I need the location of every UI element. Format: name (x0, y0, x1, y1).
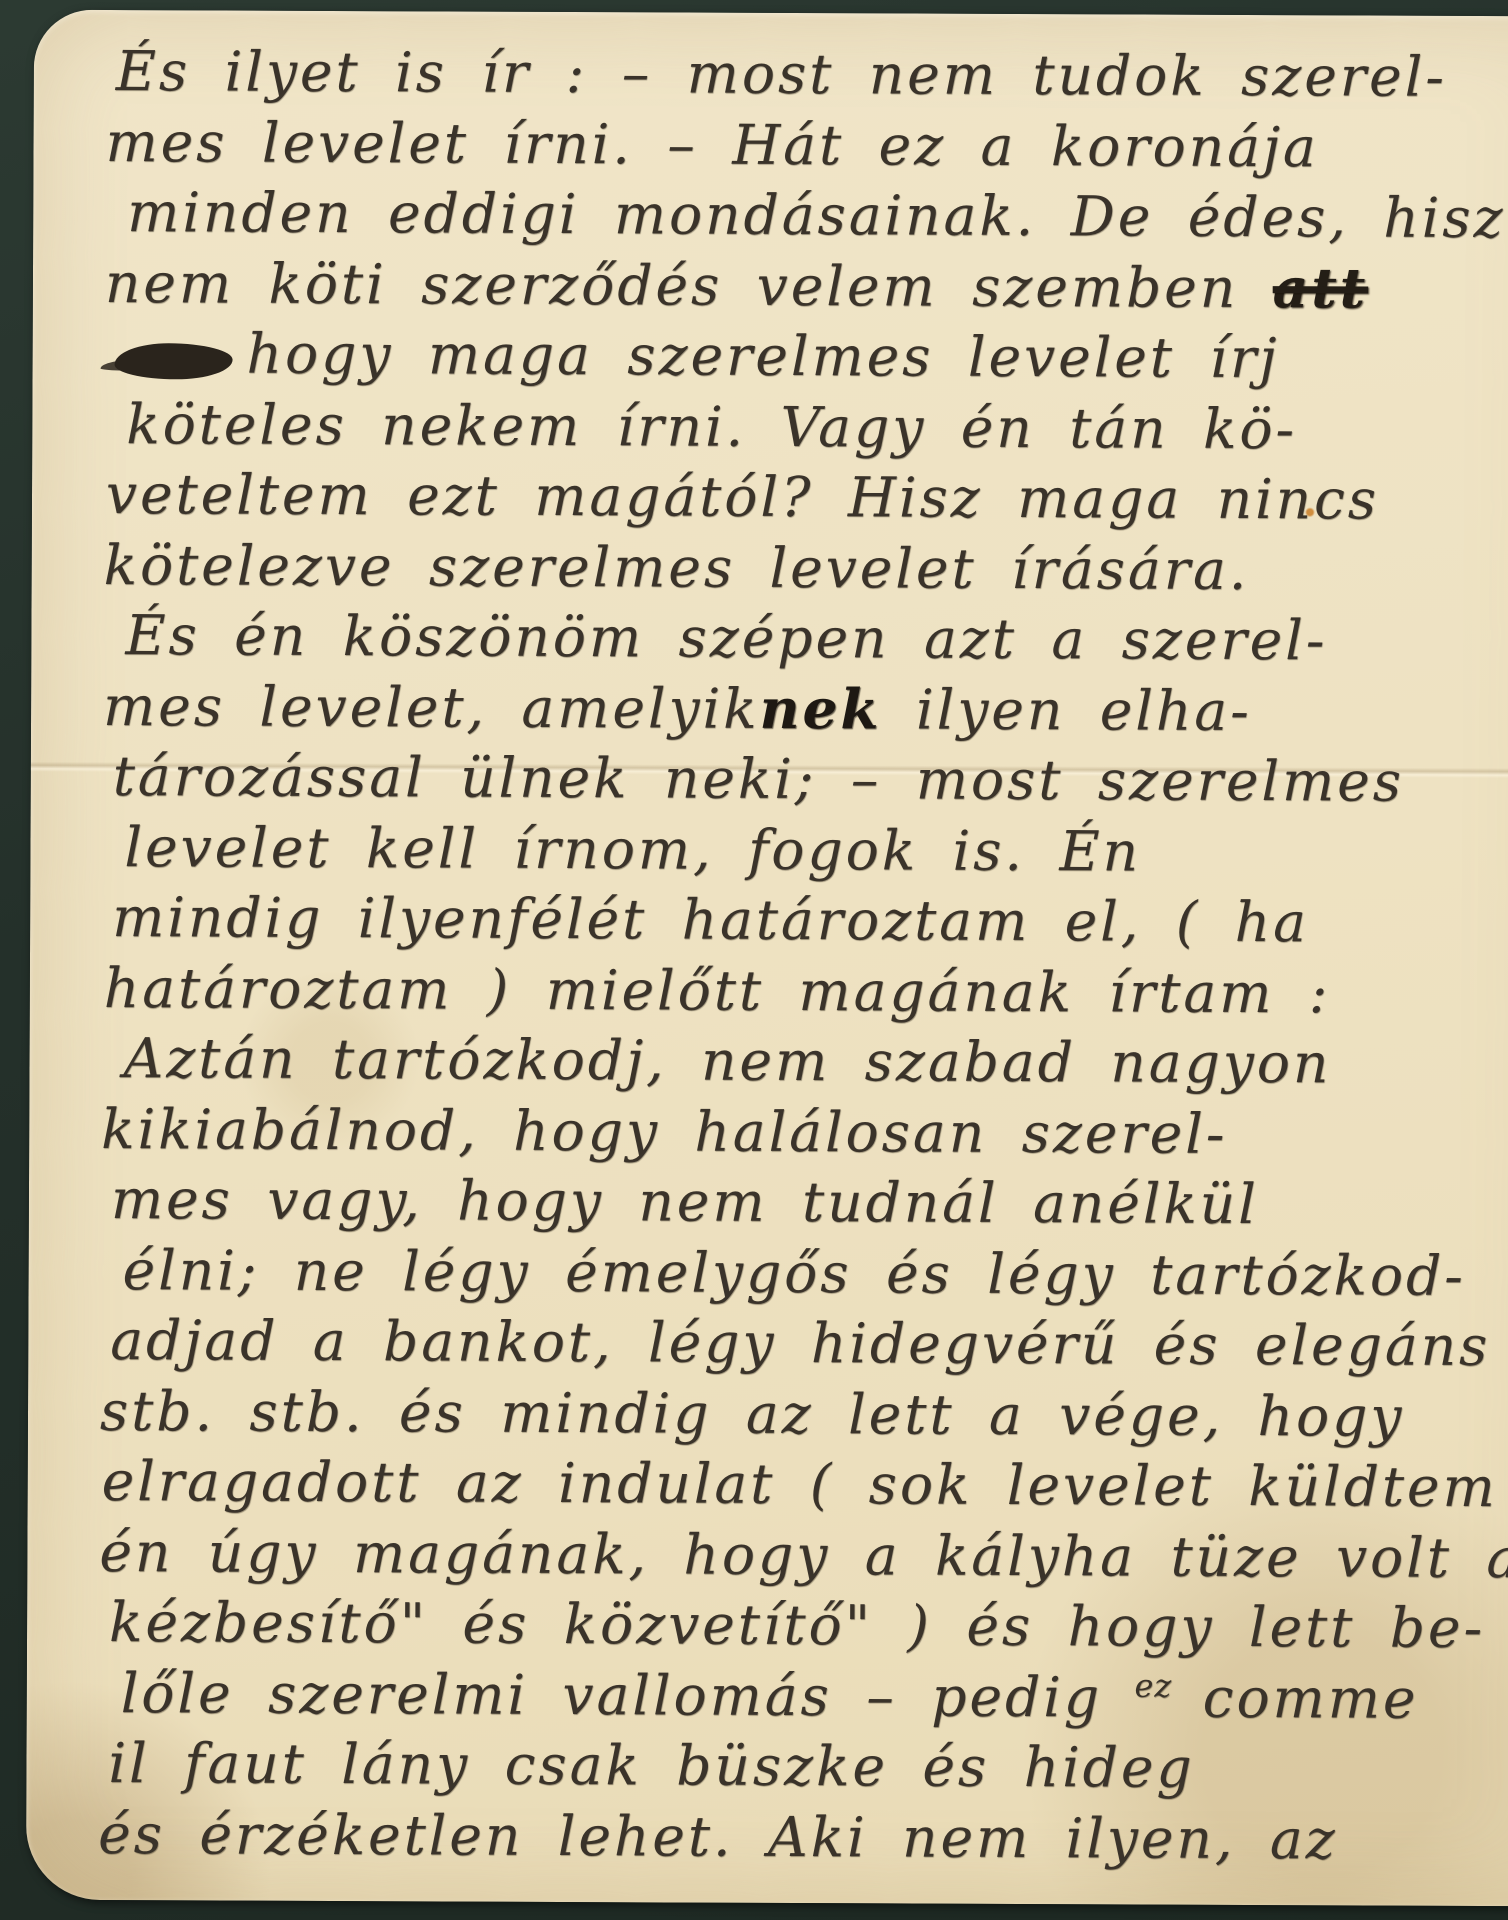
letter-page: És ilyet is ír : – most nem tudok szerel… (26, 10, 1508, 1907)
letter-line: tározással ülnek neki; – most szerelmes (103, 741, 1508, 818)
text-segment: ilyen elha- (881, 677, 1251, 743)
letter-line: és érzéketlen lehet. Aki nem ilyen, az (98, 1798, 1508, 1875)
text-segment: mes levelet írni. – Hát ez a koronája (105, 109, 1319, 178)
text-segment: veteltem ezt magától? Hisz maga nincs (106, 462, 1379, 532)
text-segment: minden eddigi mondásainak. De édes, hisz (127, 180, 1506, 250)
text-segment: mes vagy, hogy nem tudnál anélkül (111, 1167, 1259, 1236)
text-segment: comme (1168, 1665, 1419, 1730)
text-segment: mindig ilyenfélét határoztam el, ( ha (112, 885, 1309, 954)
letter-line: kézbesítő" és közvetítő" ) és hogy lett … (99, 1587, 1508, 1664)
letter-line: határoztam ) mielőtt magának írtam : (102, 952, 1508, 1029)
letter-line: hogy maga szerelmes levelet írj (104, 318, 1508, 395)
letter-line: levelet kell írnom, fogok is. Én (102, 811, 1508, 888)
letter-line: mes levelet írni. – Hát ez a koronája (105, 106, 1508, 183)
letter-body: És ilyet is ír : – most nem tudok szerel… (26, 36, 1508, 1876)
letter-line: én úgy magának, hogy a kályha tüze volt … (99, 1516, 1508, 1593)
letter-line: Aztán tartózkodj, nem szabad nagyon (101, 1023, 1508, 1100)
text-segment: hogy maga szerelmes levelet írj (246, 322, 1279, 391)
letter-line: adjad a bankot, légy hidegvérű és elegán… (100, 1305, 1508, 1382)
text-segment: nem köti szerződés velem szemben (105, 250, 1273, 319)
text-segment: Aztán tartózkodj, nem szabad nagyon (123, 1026, 1331, 1095)
letter-line: És ilyet is ír : – most nem tudok szerel… (106, 36, 1508, 113)
text-segment: att (1273, 255, 1369, 320)
letter-line: veteltem ezt magától? Hisz maga nincs (104, 459, 1508, 536)
text-segment: kikiabálnod, hogy halálosan szerel- (101, 1096, 1227, 1165)
text-segment: adjad a bankot, légy hidegvérű és elegán… (110, 1308, 1490, 1378)
scan-background: És ilyet is ír : – most nem tudok szerel… (0, 0, 1508, 1920)
text-segment: ez (1134, 1650, 1172, 1720)
text-segment: És ilyet is ír : – most nem tudok szerel… (116, 39, 1447, 109)
letter-line: elragadott az indulat ( sok levelet küld… (100, 1446, 1508, 1523)
text-segment: és érzéketlen lehet. Aki nem ilyen, az (98, 1801, 1338, 1870)
letter-line: És én köszönöm szépen azt a szerel- (103, 600, 1508, 677)
letter-line: minden eddigi mondásainak. De édes, hisz (105, 177, 1508, 254)
letter-line: mindig ilyenfélét határoztam el, ( ha (102, 882, 1508, 959)
text-segment: elragadott az indulat ( sok levelet küld… (102, 1449, 1498, 1519)
letter-line: mes levelet, amelyiknek ilyen elha- (103, 670, 1508, 747)
text-segment: köteles nekem írni. Vagy én tán kö- (126, 392, 1297, 461)
letter-line: stb. stb. és mindig az lett a vége, hogy (100, 1375, 1508, 1452)
letter-line: kötelezve szerelmes levelet írására. (104, 529, 1508, 606)
text-segment: lőle szerelmi vallomás – pedig (121, 1661, 1137, 1729)
text-segment: És én köszönöm szépen azt a szerel- (125, 603, 1327, 672)
text-segment: határoztam ) mielőtt magának írtam : (104, 955, 1331, 1024)
text-segment: kézbesítő" és közvetítő" ) és hogy lett … (109, 1590, 1485, 1660)
letter-line: nem köti szerződés velem szemben att (105, 247, 1508, 324)
text-segment: stb. stb. és mindig az lett a vége, hogy (100, 1378, 1405, 1448)
letter-line: lőle szerelmi vallomás – pedig ez comme (99, 1657, 1508, 1734)
letter-line: élni; ne légy émelygős és légy tartózkod… (100, 1234, 1508, 1311)
text-segment: kötelezve szerelmes levelet írására. (104, 532, 1250, 601)
letter-line: mes vagy, hogy nem tudnál anélkül (101, 1164, 1508, 1241)
text-segment: il faut lány csak büszke és hideg (108, 1731, 1195, 1800)
text-segment: tározással ülnek neki; – most szerelmes (113, 744, 1405, 814)
letter-line: il faut lány csak büszke és hideg (98, 1728, 1508, 1805)
text-segment: nek (759, 675, 881, 741)
ink-blot (115, 343, 233, 380)
text-segment: mes levelet, amelyik (103, 673, 760, 740)
text-segment: élni; ne légy émelygős és légy tartózkod… (122, 1238, 1466, 1308)
text-segment: levelet kell írnom, fogok is. Én (124, 815, 1141, 883)
letter-line: kikiabálnod, hogy halálosan szerel- (101, 1093, 1508, 1170)
text-segment: én úgy magának, hogy a kályha tüze volt … (99, 1519, 1508, 1589)
letter-line: köteles nekem írni. Vagy én tán kö- (104, 388, 1508, 465)
